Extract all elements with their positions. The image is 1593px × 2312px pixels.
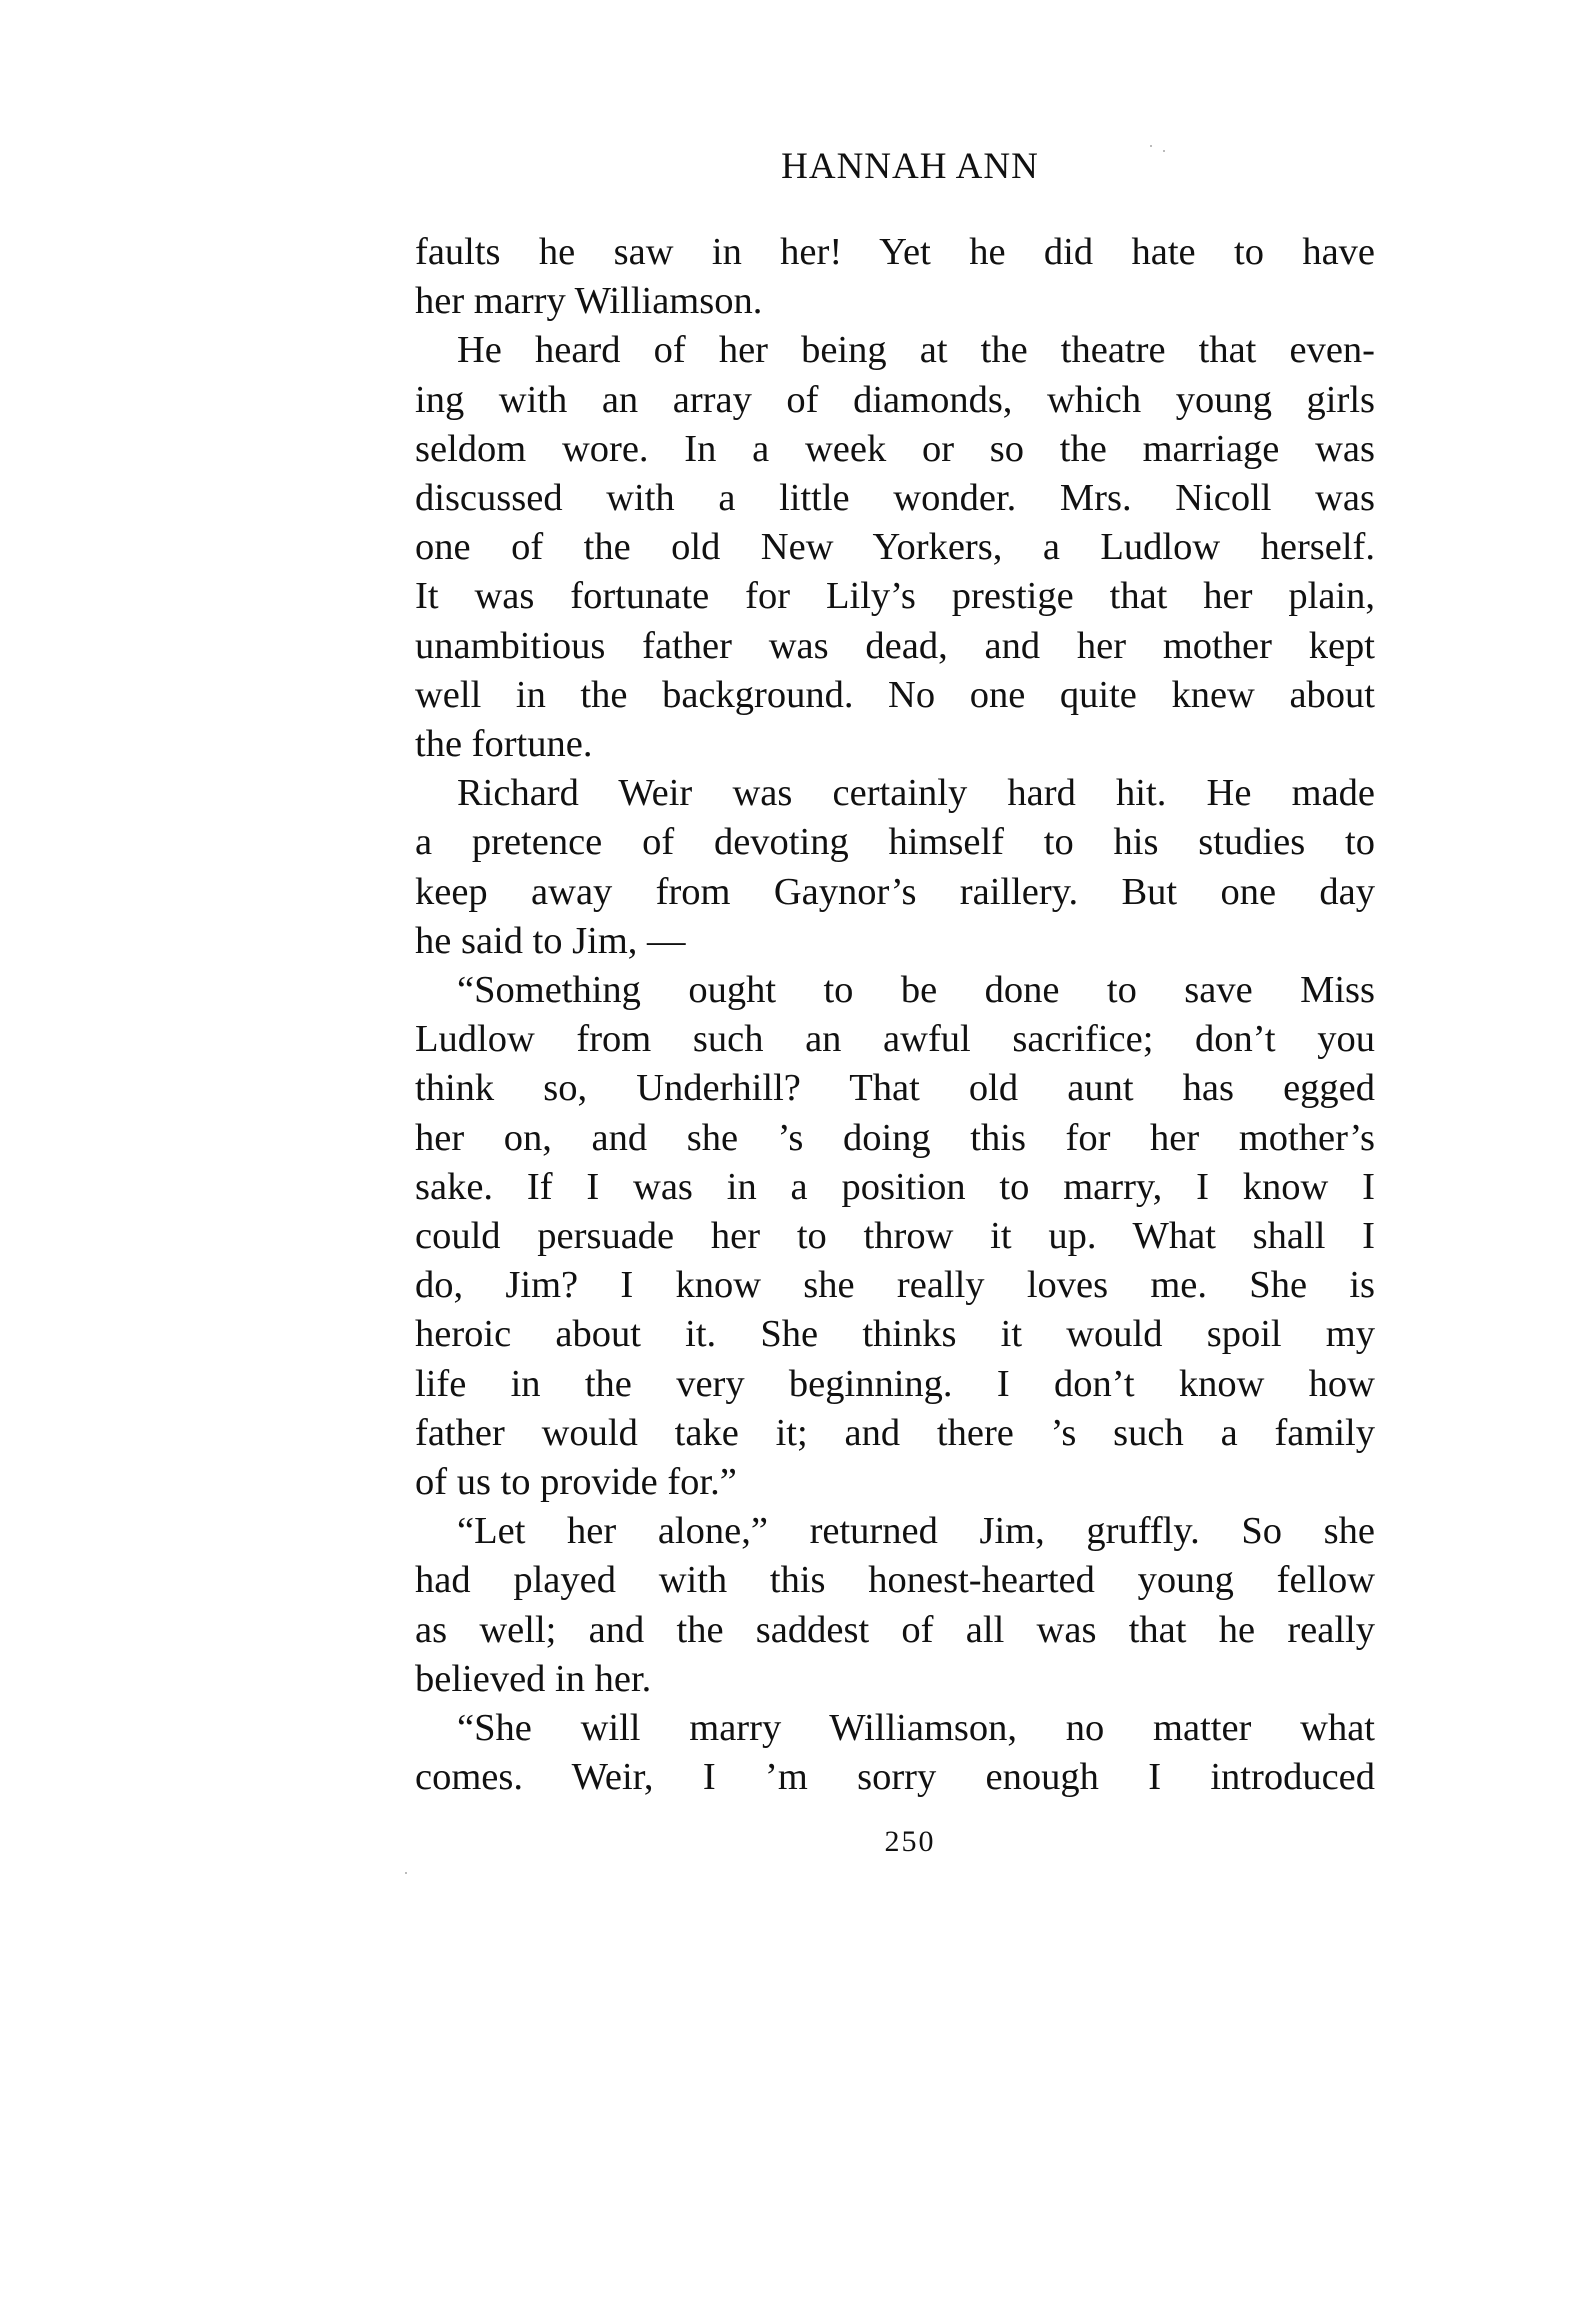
text-line: one of the old New Yorkers, a Ludlow her… xyxy=(415,523,1375,572)
paragraph: “She will marry Williamson, no matter wh… xyxy=(415,1704,1375,1802)
text-line: “Something ought to be done to save Miss xyxy=(415,966,1375,1015)
scan-speck xyxy=(1150,145,1152,147)
text-line: life in the very beginning. I don’t know… xyxy=(415,1360,1375,1409)
text-line: keep away from Gaynor’s raillery. But on… xyxy=(415,868,1375,917)
text-line: as well; and the saddest of all was that… xyxy=(415,1606,1375,1655)
text-line: unambitious father was dead, and her mot… xyxy=(415,622,1375,671)
text-line: her on, and she ’s doing this for her mo… xyxy=(415,1114,1375,1163)
scan-speck xyxy=(1163,150,1165,152)
text-line: father would take it; and there ’s such … xyxy=(415,1409,1375,1458)
text-line: “Let her alone,” returned Jim, gruffly. … xyxy=(415,1507,1375,1556)
text-line: comes. Weir, I ’m sorry enough I introdu… xyxy=(415,1753,1375,1802)
text-line: a pretence of devoting himself to his st… xyxy=(415,818,1375,867)
text-line: well in the background. No one quite kne… xyxy=(415,671,1375,720)
text-line: think so, Underhill? That old aunt has e… xyxy=(415,1064,1375,1113)
text-line: He heard of her being at the theatre tha… xyxy=(415,326,1375,375)
book-page: HANNAH ANN faults he saw in her! Yet he … xyxy=(0,0,1593,2312)
paragraph: He heard of her being at the theatre tha… xyxy=(415,326,1375,769)
text-line: believed in her. xyxy=(415,1655,1375,1704)
text-line: Ludlow from such an awful sacrifice; don… xyxy=(415,1015,1375,1064)
text-line: heroic about it. She thinks it would spo… xyxy=(415,1310,1375,1359)
text-line: Richard Weir was certainly hard hit. He … xyxy=(415,769,1375,818)
text-line: “She will marry Williamson, no matter wh… xyxy=(415,1704,1375,1753)
text-line: sake. If I was in a position to marry, I… xyxy=(415,1163,1375,1212)
paragraph: faults he saw in her! Yet he did hate to… xyxy=(415,228,1375,326)
paragraph: “Something ought to be done to save Miss… xyxy=(415,966,1375,1507)
text-line: ing with an array of diamonds, which you… xyxy=(415,376,1375,425)
paragraph: “Let her alone,” returned Jim, gruffly. … xyxy=(415,1507,1375,1704)
text-line: he said to Jim, — xyxy=(415,917,1375,966)
text-line: had played with this honest-hearted youn… xyxy=(415,1556,1375,1605)
text-line: faults he saw in her! Yet he did hate to… xyxy=(415,228,1375,277)
text-line: seldom wore. In a week or so the marriag… xyxy=(415,425,1375,474)
body-text: faults he saw in her! Yet he did hate to… xyxy=(415,228,1375,1803)
text-line: her marry Williamson. xyxy=(415,277,1375,326)
text-line: discussed with a little wonder. Mrs. Nic… xyxy=(415,474,1375,523)
text-line: It was fortunate for Lily’s prestige tha… xyxy=(415,572,1375,621)
page-number: 250 xyxy=(410,1825,1410,1859)
text-line: of us to provide for.” xyxy=(415,1458,1375,1507)
scan-speck xyxy=(405,1872,407,1874)
text-line: could persuade her to throw it up. What … xyxy=(415,1212,1375,1261)
running-head: HANNAH ANN xyxy=(410,142,1410,192)
text-line: the fortune. xyxy=(415,720,1375,769)
paragraph: Richard Weir was certainly hard hit. He … xyxy=(415,769,1375,966)
text-line: do, Jim? I know she really loves me. She… xyxy=(415,1261,1375,1310)
